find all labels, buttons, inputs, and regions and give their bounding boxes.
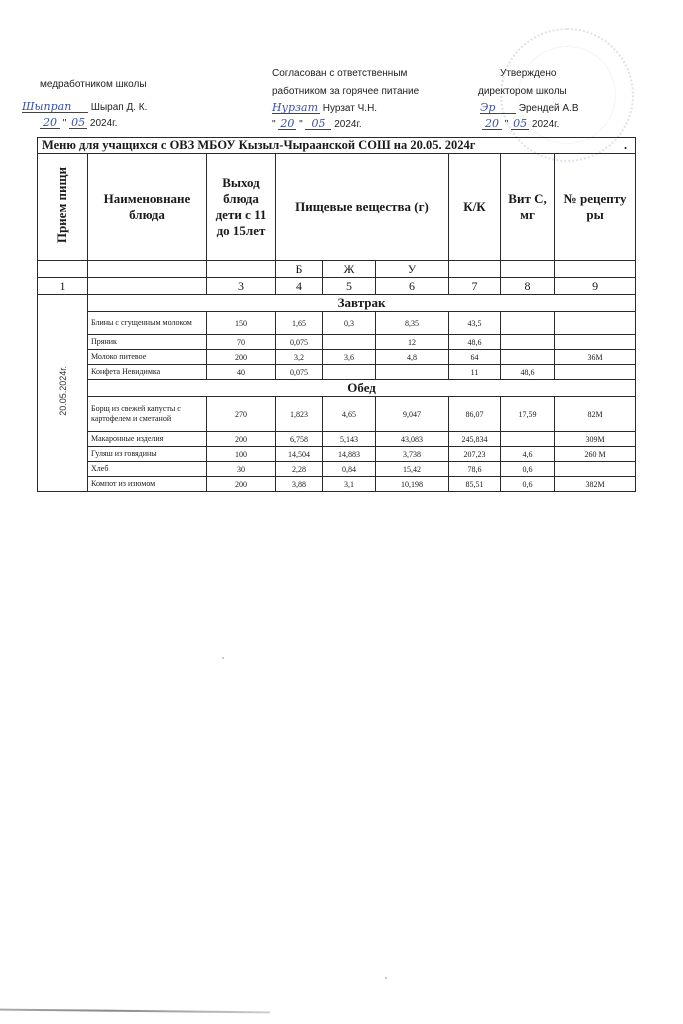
director-approval-title: Утверждено bbox=[500, 69, 556, 79]
table-row: Компот из изюмом2003,883,110,19885,510,6… bbox=[38, 477, 636, 492]
director-signature: Эр bbox=[480, 102, 516, 114]
cell-carbs bbox=[376, 365, 449, 380]
cell-carbs: 10,198 bbox=[376, 477, 449, 492]
cell-kcal: 64 bbox=[449, 350, 501, 365]
dish-name: Хлеб bbox=[88, 462, 207, 477]
cell-fat: 0,3 bbox=[323, 312, 376, 335]
column-number: 6 bbox=[376, 278, 449, 295]
cell-kcal: 207,23 bbox=[449, 447, 501, 462]
cell-carbs: 43,083 bbox=[376, 432, 449, 447]
subheader-empty bbox=[207, 261, 276, 278]
meal-date: 20.05.2024г. bbox=[58, 366, 68, 416]
column-number: 7 bbox=[449, 278, 501, 295]
cell-vitc bbox=[501, 335, 555, 350]
menu-title: Меню для учащихся с ОВЗ МБОУ Кызыл-Чыраа… bbox=[38, 138, 636, 154]
dish-name: Компот из изюмом bbox=[88, 477, 207, 492]
cell-carbs: 12 bbox=[376, 335, 449, 350]
cell-fat bbox=[323, 335, 376, 350]
cell-protein: 14,504 bbox=[276, 447, 323, 462]
cell-carbs: 15,42 bbox=[376, 462, 449, 477]
column-number bbox=[88, 278, 207, 295]
cell-portion: 200 bbox=[207, 477, 276, 492]
subheader-empty bbox=[555, 261, 636, 278]
cell-portion: 200 bbox=[207, 350, 276, 365]
cell-kcal: 245,834 bbox=[449, 432, 501, 447]
cell-protein: 0,075 bbox=[276, 335, 323, 350]
subheader-protein: Б bbox=[276, 261, 323, 278]
cell-protein: 0,075 bbox=[276, 365, 323, 380]
column-number: 9 bbox=[555, 278, 636, 295]
dish-name: Молоко питевое bbox=[88, 350, 207, 365]
menu-table: Меню для учащихся с ОВЗ МБОУ Кызыл-Чыраа… bbox=[37, 137, 636, 492]
header-meal: Прием пищи bbox=[38, 154, 88, 261]
cell-vitc: 48,6 bbox=[501, 365, 555, 380]
cell-protein: 2,28 bbox=[276, 462, 323, 477]
section-header: Обед bbox=[88, 380, 636, 397]
medical-approval-block: медработником школы Шыпрап Шырап Д. К. 2… bbox=[22, 80, 252, 140]
cell-recipe bbox=[555, 462, 636, 477]
cell-fat: 0,84 bbox=[323, 462, 376, 477]
column-number: 5 bbox=[323, 278, 376, 295]
table-row: Макаронные изделия2006,7585,14343,083245… bbox=[38, 432, 636, 447]
catering-approval-subtitle: работником за горячее питание bbox=[272, 87, 419, 97]
subheader-empty bbox=[38, 261, 88, 278]
director-approval-block: Утверждено директором школы Эр Эрендей А… bbox=[478, 64, 638, 140]
cell-portion: 30 bbox=[207, 462, 276, 477]
catering-date-year: 2024г. bbox=[334, 119, 361, 130]
section-header: Завтрак bbox=[88, 295, 636, 312]
header-meal-text: Прием пищи bbox=[55, 167, 70, 243]
meal-date-cell: 20.05.2024г. bbox=[38, 295, 88, 492]
subheader-carbs: У bbox=[376, 261, 449, 278]
column-number: 1 bbox=[38, 278, 88, 295]
menu-title-text: Меню для учащихся с ОВЗ МБОУ Кызыл-Чыраа… bbox=[42, 138, 475, 152]
column-number: 3 bbox=[207, 278, 276, 295]
cell-kcal: 78,6 bbox=[449, 462, 501, 477]
header-recipe: № рецепту ры bbox=[555, 154, 636, 261]
cell-recipe: 82М bbox=[555, 397, 636, 432]
column-number: 4 bbox=[276, 278, 323, 295]
table-row: Борщ из свежей капусты с картофелем и см… bbox=[38, 397, 636, 432]
director-date-day: 20 bbox=[482, 118, 502, 130]
column-number: 8 bbox=[501, 278, 555, 295]
cell-recipe bbox=[555, 365, 636, 380]
subheader-empty bbox=[449, 261, 501, 278]
cell-vitc: 0,6 bbox=[501, 462, 555, 477]
catering-approver-name: Нурзат Ч.Н. bbox=[323, 103, 377, 114]
cell-portion: 270 bbox=[207, 397, 276, 432]
cell-kcal: 86,07 bbox=[449, 397, 501, 432]
dish-name: Конфета Невидимка bbox=[88, 365, 207, 380]
table-row: Пряник700,0751248,6 bbox=[38, 335, 636, 350]
cell-protein: 1,65 bbox=[276, 312, 323, 335]
cell-fat: 4,65 bbox=[323, 397, 376, 432]
cell-fat: 3,6 bbox=[323, 350, 376, 365]
subheader-fat: Ж bbox=[323, 261, 376, 278]
cell-portion: 150 bbox=[207, 312, 276, 335]
director-date-month: 05 bbox=[511, 118, 529, 130]
cell-vitc bbox=[501, 350, 555, 365]
medical-signature: Шыпрап bbox=[22, 101, 88, 113]
cell-vitc: 4,6 bbox=[501, 447, 555, 462]
dish-name: Гуляш из говядины bbox=[88, 447, 207, 462]
cell-protein: 1,823 bbox=[276, 397, 323, 432]
cell-carbs: 3,738 bbox=[376, 447, 449, 462]
cell-vitc: 17,59 bbox=[501, 397, 555, 432]
header-dish: Наименовнане блюда bbox=[88, 154, 207, 261]
medical-date-year: 2024г. bbox=[90, 118, 117, 129]
cell-vitc bbox=[501, 432, 555, 447]
medical-approval-title: медработником школы bbox=[40, 80, 147, 90]
director-approval-subtitle: директором школы bbox=[478, 87, 567, 97]
cell-fat bbox=[323, 365, 376, 380]
cell-protein: 6,758 bbox=[276, 432, 323, 447]
dish-name: Блины с сгущенным молоком bbox=[88, 312, 207, 335]
cell-recipe: 382М bbox=[555, 477, 636, 492]
cell-fat: 5,143 bbox=[323, 432, 376, 447]
cell-recipe: 260 М bbox=[555, 447, 636, 462]
table-row: Хлеб302,280,8415,4278,60,6 bbox=[38, 462, 636, 477]
medical-date-day: 20 bbox=[40, 117, 60, 129]
cell-portion: 200 bbox=[207, 432, 276, 447]
cell-vitc bbox=[501, 312, 555, 335]
medical-date-month: 05 bbox=[69, 117, 87, 129]
cell-protein: 3,2 bbox=[276, 350, 323, 365]
dish-name: Макаронные изделия bbox=[88, 432, 207, 447]
director-date-year: 2024г. bbox=[532, 119, 559, 130]
catering-approval-block: Согласован с ответственным работником за… bbox=[272, 64, 472, 140]
catering-date-month: 05 bbox=[305, 118, 331, 130]
dish-name: Пряник bbox=[88, 335, 207, 350]
menu-title-dot: . bbox=[624, 138, 633, 153]
cell-kcal: 85,51 bbox=[449, 477, 501, 492]
subheader-empty bbox=[88, 261, 207, 278]
header-kcal: К/К bbox=[449, 154, 501, 261]
table-row: Молоко питевое2003,23,64,86436М bbox=[38, 350, 636, 365]
cell-recipe: 309М bbox=[555, 432, 636, 447]
header-nutrients: Пищевые вещества (г) bbox=[276, 154, 449, 261]
cell-recipe bbox=[555, 335, 636, 350]
cell-portion: 100 bbox=[207, 447, 276, 462]
table-row: Гуляш из говядины10014,50414,8833,738207… bbox=[38, 447, 636, 462]
cell-recipe bbox=[555, 312, 636, 335]
cell-fat: 3,1 bbox=[323, 477, 376, 492]
cell-vitc: 0,6 bbox=[501, 477, 555, 492]
cell-kcal: 11 bbox=[449, 365, 501, 380]
cell-kcal: 43,5 bbox=[449, 312, 501, 335]
director-approver-name: Эрендей А.В bbox=[519, 103, 579, 114]
cell-recipe: 36М bbox=[555, 350, 636, 365]
cell-portion: 40 bbox=[207, 365, 276, 380]
scan-speck bbox=[222, 657, 224, 659]
catering-signature: Нурзат bbox=[272, 102, 320, 114]
cell-portion: 70 bbox=[207, 335, 276, 350]
scan-speck bbox=[385, 977, 387, 979]
catering-date-day: 20 bbox=[278, 118, 296, 130]
table-row: Конфета Невидимка400,0751148,6 bbox=[38, 365, 636, 380]
subheader-empty bbox=[501, 261, 555, 278]
cell-fat: 14,883 bbox=[323, 447, 376, 462]
catering-approval-title: Согласован с ответственным bbox=[272, 69, 407, 79]
header-vitc: Вит С, мг bbox=[501, 154, 555, 261]
cell-carbs: 9,047 bbox=[376, 397, 449, 432]
cell-carbs: 8,35 bbox=[376, 312, 449, 335]
medical-approver-name: Шырап Д. К. bbox=[91, 102, 148, 113]
header-portion: Выход блюда дети с 11 до 15лет bbox=[207, 154, 276, 261]
dish-name: Борщ из свежей капусты с картофелем и см… bbox=[88, 397, 207, 432]
table-row: Блины с сгущенным молоком1501,650,38,354… bbox=[38, 312, 636, 335]
cell-carbs: 4,8 bbox=[376, 350, 449, 365]
cell-protein: 3,88 bbox=[276, 477, 323, 492]
scan-artifact-line bbox=[0, 1009, 270, 1014]
cell-kcal: 48,6 bbox=[449, 335, 501, 350]
